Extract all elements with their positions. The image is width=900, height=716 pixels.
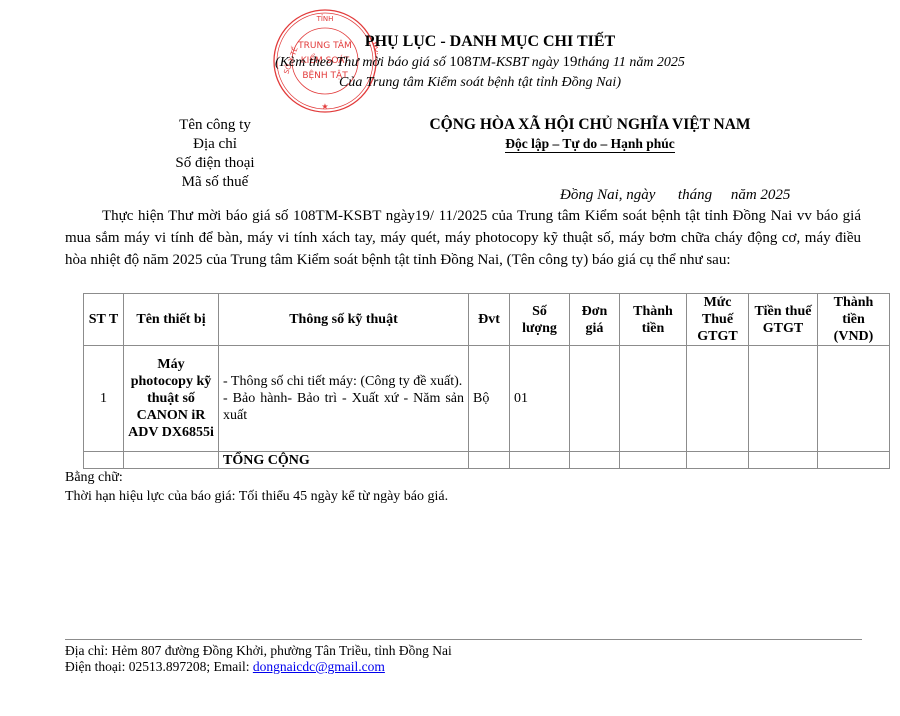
cell-total <box>818 346 890 452</box>
letter-number: 108 <box>449 54 472 70</box>
appendix-title: PHỤ LỤC - DANH MỤC CHI TIẾT <box>250 33 730 51</box>
spec-line-2: - Bảo hành- Bảo trì - Xuất xứ - Năm sản … <box>223 390 464 424</box>
email-link[interactable]: dongnaicdc@gmail.com <box>253 659 385 674</box>
company-phone: Số điện thoại <box>140 154 290 173</box>
total-label: TỔNG CỘNG <box>219 452 469 469</box>
company-block: Tên công ty Địa chỉ Số điện thoại Mã số … <box>140 116 290 192</box>
total-empty-1 <box>84 452 124 469</box>
total-empty-2 <box>124 452 219 469</box>
validity-note: Thời hạn hiệu lực của báo giá: Tối thiểu… <box>65 489 448 505</box>
header-qty: Số lượng <box>510 294 570 346</box>
appendix-issuer: Của Trung tâm Kiểm soát bệnh tật tỉnh Đồ… <box>240 75 720 91</box>
company-tax-code: Mã số thuế <box>140 173 290 192</box>
cell-unit: Bộ <box>469 346 510 452</box>
header-total: Thành tiền (VND) <box>818 294 890 346</box>
svg-text:TỈNH: TỈNH <box>316 14 334 23</box>
header-amount: Thành tiền <box>620 294 687 346</box>
amount-in-words-label: Bằng chữ: <box>65 470 123 486</box>
cell-vat-amount <box>749 346 818 452</box>
header-name: Tên thiết bị <box>124 294 219 346</box>
motto-text: Độc lập – Tự do – Hạnh phúc <box>505 136 675 153</box>
nation-motto: Độc lập – Tự do – Hạnh phúc <box>380 136 800 152</box>
header-unit: Đvt <box>469 294 510 346</box>
cell-spec: - Thông số chi tiết máy: (Công ty đề xuấ… <box>219 346 469 452</box>
total-empty-9 <box>818 452 890 469</box>
footer-divider <box>65 639 862 640</box>
quotation-table: ST T Tên thiết bị Thông số kỹ thuật Đvt … <box>83 293 890 469</box>
footer-contact: Điện thoại: 02513.897208; Email: dongnai… <box>65 659 385 675</box>
header-stt: ST T <box>84 294 124 346</box>
total-empty-5 <box>570 452 620 469</box>
svg-text:★: ★ <box>321 102 328 111</box>
subtitle-middle: TM-KSBT ngày <box>472 55 563 70</box>
table-header-row: ST T Tên thiết bị Thông số kỹ thuật Đvt … <box>84 294 890 346</box>
footer-address: Địa chỉ: Hẻm 807 đường Đồng Khởi, phường… <box>65 643 452 659</box>
cell-vat-rate <box>687 346 749 452</box>
total-empty-3 <box>469 452 510 469</box>
appendix-subtitle: (Kèm theo Thư mời báo giá số 108TM-KSBT … <box>240 54 720 71</box>
company-address: Địa chỉ <box>140 135 290 154</box>
intro-part1: Thực hiện Thư mời báo giá số <box>102 208 293 224</box>
table-row: 1 Máy photocopy kỹ thuật số CANON iR ADV… <box>84 346 890 452</box>
footer-phone: Điện thoại: 02513.897208; Email: <box>65 659 253 674</box>
header-vat-rate: Mức Thuế GTGT <box>687 294 749 346</box>
total-empty-4 <box>510 452 570 469</box>
letter-day: 19 <box>562 54 577 70</box>
company-name: Tên công ty <box>140 116 290 135</box>
header-spec: Thông số kỹ thuật <box>219 294 469 346</box>
cell-unit-price <box>570 346 620 452</box>
header-unit-price: Đơn giá <box>570 294 620 346</box>
dateline: Đồng Nai, ngày tháng năm 2025 <box>560 187 860 204</box>
cell-name: Máy photocopy kỹ thuật số CANON iR ADV D… <box>124 346 219 452</box>
intro-paragraph: Thực hiện Thư mời báo giá số 108TM-KSBT … <box>65 205 861 271</box>
header-vat-amount: Tiền thuế GTGT <box>749 294 818 346</box>
spec-line-1: - Thông số chi tiết máy: (Công ty đề xuấ… <box>223 373 464 390</box>
total-empty-6 <box>620 452 687 469</box>
total-empty-7 <box>687 452 749 469</box>
intro-number: 108 <box>293 208 316 224</box>
cell-stt: 1 <box>84 346 124 452</box>
table-total-row: TỔNG CỘNG <box>84 452 890 469</box>
subtitle-suffix: tháng 11 năm 2025 <box>577 55 684 70</box>
nation-name: CỘNG HÒA XÃ HỘI CHỦ NGHĨA VIỆT NAM <box>380 116 800 134</box>
total-empty-8 <box>749 452 818 469</box>
subtitle-prefix: (Kèm theo Thư mời báo giá số <box>275 55 449 70</box>
cell-qty: 01 <box>510 346 570 452</box>
cell-amount <box>620 346 687 452</box>
